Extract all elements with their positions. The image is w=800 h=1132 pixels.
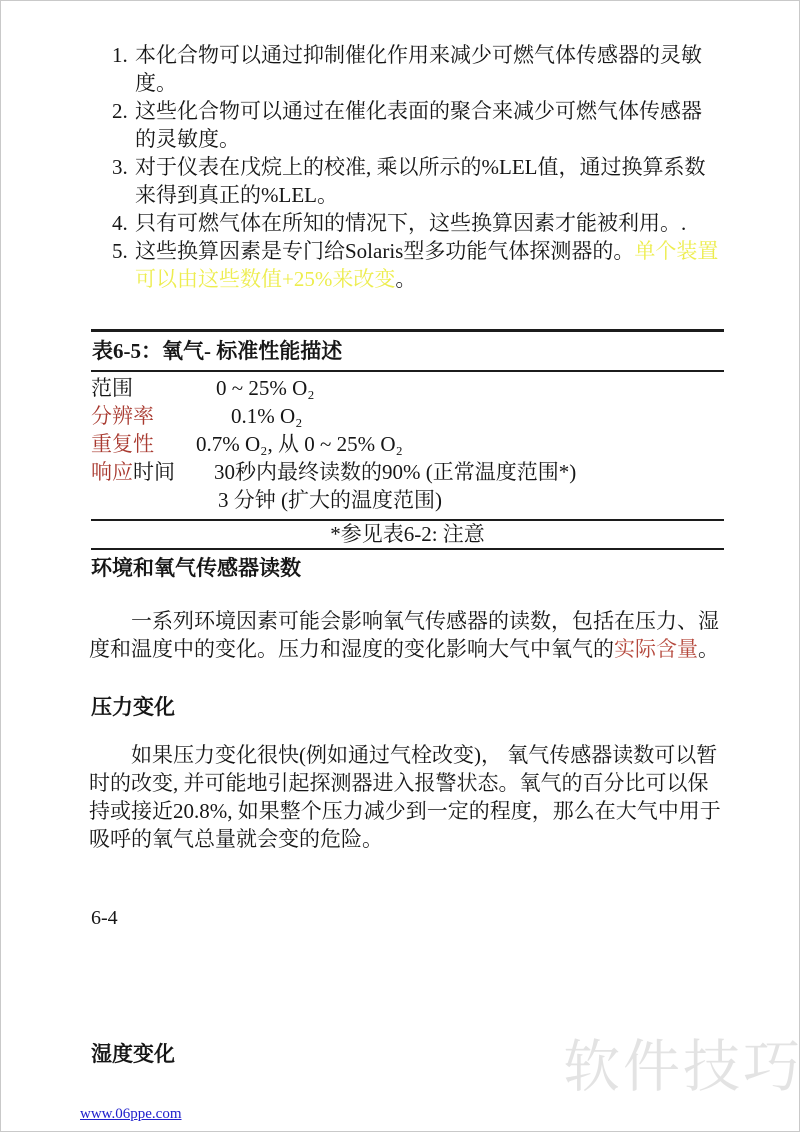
table-row: 范围 0 ~ 25% O₂ <box>91 374 724 402</box>
list-item-text: 这些化合物可以通过在催化表面的聚合来减少可燃气体传感器的灵敏度。 <box>135 97 722 153</box>
paragraph-text-tail: 。 <box>698 637 719 661</box>
pressure-paragraph: 如果压力变化很快(例如通过气栓改变)， 氧气传感器读数可以暂时的改变, 并可能地… <box>89 741 722 853</box>
row-label-red-part: 响应 <box>91 460 133 484</box>
table-row: 响应时间 30秒内最终读数的90% (正常温度范围*) <box>91 458 724 486</box>
page-number: 6-4 <box>91 904 118 932</box>
row-value: 0.1% O₂ <box>231 402 302 430</box>
row-value: 3 分钟 (扩大的温度范围) <box>218 486 442 514</box>
table-row: 分辨率 0.1% O₂ <box>91 402 724 430</box>
list-item-text: 本化合物可以通过抑制催化作用来减少可燃气体传感器的灵敏度。 <box>135 41 722 97</box>
row-value: 0.7% O₂, 从 0 ~ 25% O₂ <box>196 430 403 458</box>
table-title: 表6-5：氧气- 标准性能描述 <box>91 329 724 372</box>
section-heading-pressure: 压力变化 <box>91 693 175 721</box>
list-item: 4. 只有可燃气体在所知的情况下，这些换算因素才能被利用。. <box>112 209 722 237</box>
list-item-number: 2. <box>112 97 135 153</box>
list-item-text: 这些换算因素是专门给Solaris型多功能气体探测器的。单个装置可以由这些数值+… <box>135 237 722 293</box>
document-page: 1. 本化合物可以通过抑制催化作用来减少可燃气体传感器的灵敏度。 2. 这些化合… <box>0 0 800 1132</box>
table-row: 重复性 0.7% O₂, 从 0 ~ 25% O₂ <box>91 430 724 458</box>
row-label: 分辨率 <box>91 402 196 430</box>
environment-paragraph: 一系列环境因素可能会影响氧气传感器的读数，包括在压力、湿度和温度中的变化。压力和… <box>89 607 722 663</box>
list-item: 3. 对于仪表在戊烷上的校准, 乘以所示的%LEL值，通过换算系数来得到真正的%… <box>112 153 722 209</box>
list-item: 2. 这些化合物可以通过在催化表面的聚合来减少可燃气体传感器的灵敏度。 <box>112 97 722 153</box>
list-item-text-tail: 。 <box>395 267 416 291</box>
list-item-number: 4. <box>112 209 135 237</box>
red-highlight-text: 实际含量 <box>614 637 698 661</box>
section-heading-humidity: 湿度变化 <box>91 1040 175 1068</box>
row-label: 重复性 <box>91 430 196 458</box>
table-footnote: *参见表6-2: 注意 <box>91 519 724 550</box>
spec-table: 表6-5：氧气- 标准性能描述 范围 0 ~ 25% O₂ 分辨率 0.1% O… <box>91 329 724 550</box>
list-item: 5. 这些换算因素是专门给Solaris型多功能气体探测器的。单个装置可以由这些… <box>112 237 722 293</box>
row-label <box>91 486 196 514</box>
row-value: 30秒内最终读数的90% (正常温度范围*) <box>214 458 576 486</box>
row-label: 范围 <box>91 374 196 402</box>
section-heading-environment: 环境和氧气传感器读数 <box>91 554 301 582</box>
row-value: 0 ~ 25% O₂ <box>216 374 315 402</box>
watermark-text: 软件技巧 <box>563 1037 800 1097</box>
table-rows: 范围 0 ~ 25% O₂ 分辨率 0.1% O₂ 重复性 0.7% O₂, 从… <box>91 372 724 519</box>
list-item-text: 只有可燃气体在所知的情况下，这些换算因素才能被利用。. <box>135 209 722 237</box>
list-item-number: 5. <box>112 237 135 293</box>
list-item-number: 1. <box>112 41 135 97</box>
list-item: 1. 本化合物可以通过抑制催化作用来减少可燃气体传感器的灵敏度。 <box>112 41 722 97</box>
footer-link[interactable]: www.06ppe.com <box>80 1105 182 1123</box>
notes-list: 1. 本化合物可以通过抑制催化作用来减少可燃气体传感器的灵敏度。 2. 这些化合… <box>112 41 722 293</box>
list-item-text-main: 这些换算因素是专门给Solaris型多功能气体探测器的。 <box>135 239 634 263</box>
list-item-text: 对于仪表在戊烷上的校准, 乘以所示的%LEL值，通过换算系数来得到真正的%LEL… <box>135 153 722 209</box>
row-label-black-part: 时间 <box>133 460 175 484</box>
row-label: 响应时间 <box>91 458 196 486</box>
table-row: 3 分钟 (扩大的温度范围) <box>91 486 724 514</box>
list-item-number: 3. <box>112 153 135 209</box>
